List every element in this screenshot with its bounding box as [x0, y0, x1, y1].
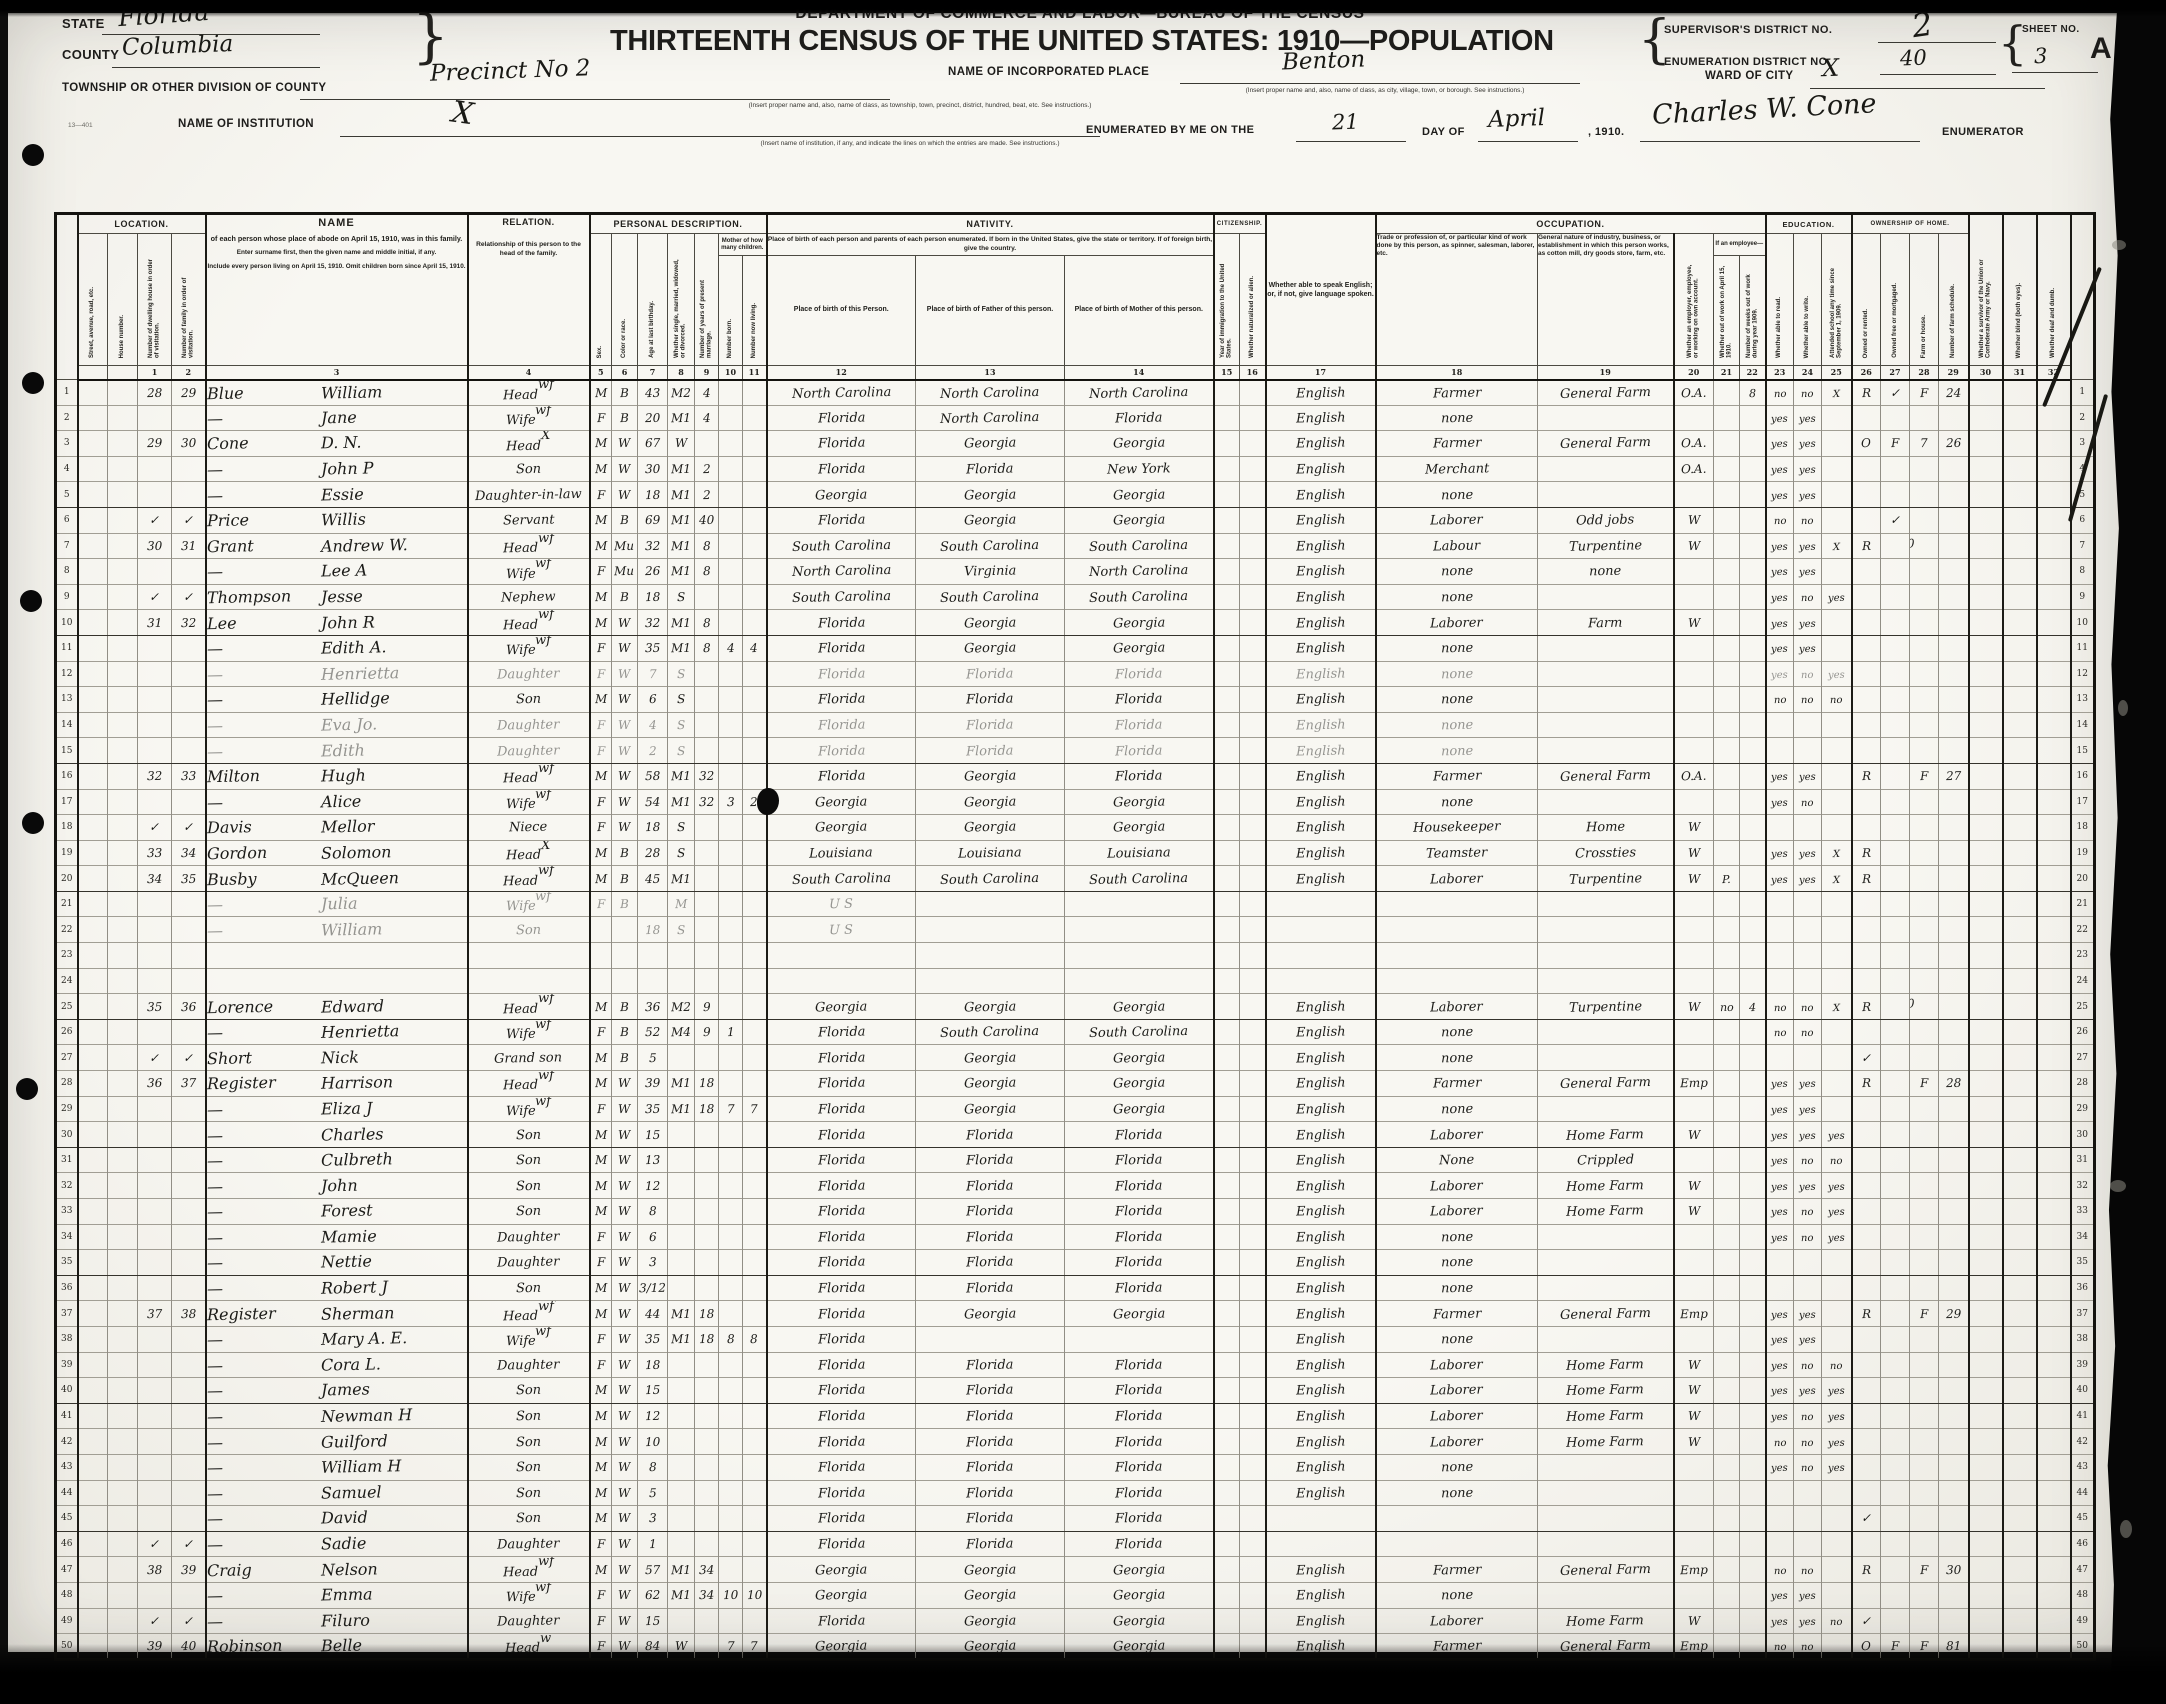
line-number: 40: [56, 1378, 78, 1404]
cell-pm: Florida: [1065, 1224, 1214, 1250]
cell-pm: Florida: [1065, 1122, 1214, 1148]
cell-hm: R: [1852, 866, 1881, 892]
cell-ow: [1714, 1173, 1740, 1199]
cell-age: 54: [638, 789, 668, 815]
cell-age: 20: [638, 405, 668, 431]
cell-loc2: [108, 1454, 138, 1480]
cell-deaf: [2037, 635, 2071, 661]
col-header-nat: Whether naturalized or alien.: [1240, 234, 1266, 366]
cell-fh: F: [1910, 763, 1939, 789]
cell-sex: F: [590, 405, 612, 431]
line-number: 29: [2071, 1096, 2095, 1122]
cell-dw: [138, 1454, 172, 1480]
cell-ym: 32: [695, 789, 719, 815]
cell-mo: [1881, 584, 1910, 610]
line-number: 22: [2071, 917, 2095, 943]
cell-cb: [719, 687, 743, 713]
cell-blind: [2003, 1326, 2037, 1352]
cell-loc2: [108, 482, 138, 508]
cell-cls: W: [1674, 507, 1714, 533]
cell-pm: Georgia: [1065, 1301, 1214, 1327]
cell-imm: [1214, 1199, 1240, 1225]
cell-vet: [1969, 891, 2003, 917]
cell-loc2: [108, 968, 138, 994]
cell-ma: S: [668, 661, 695, 687]
cell-pf: Florida: [916, 1250, 1065, 1276]
cell-rd: [1766, 1531, 1794, 1557]
cell-rd: yes: [1766, 1096, 1794, 1122]
cell-cb: [719, 1378, 743, 1404]
cell-pb: Florida: [767, 1480, 916, 1506]
cell-nat: [1240, 1122, 1266, 1148]
cell-oc: none: [1376, 405, 1538, 431]
cell-pf: Florida: [916, 1531, 1065, 1557]
cell-blind: [2003, 610, 2037, 636]
col-number-pb: 12: [767, 366, 916, 380]
sheet-value: 3: [2034, 44, 2048, 68]
cell-dw: [138, 559, 172, 585]
cell-fh: [1910, 1531, 1939, 1557]
cell-cb: [719, 1403, 743, 1429]
cell-en: English: [1266, 1275, 1376, 1301]
cell-sex: M: [590, 1275, 612, 1301]
cell-sc: [1822, 891, 1852, 917]
cell-sex: F: [590, 1096, 612, 1122]
cell-imm: [1214, 1352, 1240, 1378]
cell-age: 18: [638, 815, 668, 841]
cell-loc2: [108, 891, 138, 917]
cell-rd: yes: [1766, 1071, 1794, 1097]
cell-wr: no: [1794, 1403, 1822, 1429]
cell-deaf: [2037, 559, 2071, 585]
cell-ma: M1: [668, 1301, 695, 1327]
cell-vet: [1969, 815, 2003, 841]
col-header-sc: Attended school any time since September…: [1822, 234, 1852, 366]
cell-fh: [1910, 1173, 1939, 1199]
table-row: 22—WilliamSon18SU S22: [56, 917, 2095, 943]
cell-cl: [743, 1199, 767, 1225]
cell-co: W: [612, 1480, 638, 1506]
cell-cls: [1674, 1250, 1714, 1276]
cell-wk: [1740, 533, 1766, 559]
cell-blind: [2003, 815, 2037, 841]
cell-pm: [1065, 917, 1214, 943]
cell-blind: [2003, 840, 2037, 866]
cell-deaf: [2037, 431, 2071, 457]
cell-sc: [1822, 1506, 1852, 1532]
cell-mo: [1881, 405, 1910, 431]
cell-wr: yes: [1794, 482, 1822, 508]
cell-oc: Laborer: [1376, 1199, 1538, 1225]
cell-name: —Essie: [206, 482, 468, 508]
cell-pm: Georgia: [1065, 1045, 1214, 1071]
cell-en: English: [1266, 738, 1376, 764]
cell-ym: [695, 1224, 719, 1250]
cell-deaf: [2037, 840, 2071, 866]
cell-mo: [1881, 1531, 1910, 1557]
cell-fh: [1910, 405, 1939, 431]
cell-ma: [668, 1199, 695, 1225]
line-number: 32: [2071, 1173, 2095, 1199]
cell-wk: [1740, 1019, 1766, 1045]
cell-deaf: [2037, 1019, 2071, 1045]
cell-name: —Edith: [206, 738, 468, 764]
cell-cb: [719, 1250, 743, 1276]
cell-sc: no: [1822, 1608, 1852, 1634]
cell-wk: [1740, 1096, 1766, 1122]
cell-ind: [1538, 1224, 1674, 1250]
cell-en: English: [1266, 1019, 1376, 1045]
line-number: 10: [2071, 610, 2095, 636]
cell-hm: R: [1852, 994, 1881, 1020]
cell-sex: F: [590, 1608, 612, 1634]
line-number: 42: [2071, 1429, 2095, 1455]
cell-fh: [1910, 1608, 1939, 1634]
col-number-co: 6: [612, 366, 638, 380]
cell-wk: [1740, 1275, 1766, 1301]
cell-wr: yes: [1794, 1122, 1822, 1148]
cell-ow: [1714, 1275, 1740, 1301]
year-label: , 1910.: [1588, 126, 1624, 138]
cell-ym: [695, 1403, 719, 1429]
cell-relation: Headwf: [468, 1557, 590, 1583]
cell-oc: none: [1376, 1096, 1538, 1122]
cell-blind: [2003, 1224, 2037, 1250]
cell-fam: 37: [172, 1071, 206, 1097]
cell-ow: [1714, 507, 1740, 533]
cell-co: W: [612, 1582, 638, 1608]
cell-fam: 39: [172, 1557, 206, 1583]
cell-mo: [1881, 1147, 1910, 1173]
cell-imm: [1214, 559, 1240, 585]
cell-relation: Son: [468, 1147, 590, 1173]
cell-blind: [2003, 866, 2037, 892]
cell-pm: Georgia: [1065, 1557, 1214, 1583]
cell-age: 58: [638, 763, 668, 789]
cell-loc1: [78, 610, 108, 636]
cell-mo: [1881, 1352, 1910, 1378]
cell-pb: Florida: [767, 1608, 916, 1634]
cell-rd: yes: [1766, 559, 1794, 585]
cell-mo: [1881, 1199, 1910, 1225]
cell-loc1: [78, 533, 108, 559]
cell-mo: [1881, 738, 1910, 764]
cell-fs: 24: [1939, 380, 1969, 406]
cell-imm: [1214, 943, 1240, 969]
table-row: 33—ForestSonMW8FloridaFloridaFloridaEngl…: [56, 1199, 2095, 1225]
col-number-ind: 19: [1538, 366, 1674, 380]
cell-dw: [138, 1096, 172, 1122]
cell-ind: Home Farm: [1538, 1403, 1674, 1429]
cell-dw: [138, 1122, 172, 1148]
cell-rd: yes: [1766, 1582, 1794, 1608]
cell-nat: [1240, 687, 1266, 713]
cell-relation: [468, 943, 590, 969]
cell-en: English: [1266, 559, 1376, 585]
line-number: 16: [2071, 763, 2095, 789]
cell-en: English: [1266, 584, 1376, 610]
cell-imm: [1214, 1250, 1240, 1276]
line-number: 4: [56, 456, 78, 482]
cell-imm: [1214, 789, 1240, 815]
cell-ind: General Farm: [1538, 380, 1674, 406]
line-number: 19: [2071, 840, 2095, 866]
cell-wr: yes: [1794, 866, 1822, 892]
cell-cb: [719, 1429, 743, 1455]
cell-deaf: [2037, 994, 2071, 1020]
cell-cb: [719, 1506, 743, 1532]
line-number: 6: [56, 507, 78, 533]
cell-wr: yes: [1794, 763, 1822, 789]
cell-pb: Georgia: [767, 1582, 916, 1608]
scan-noise: [2118, 700, 2128, 716]
cell-sex: M: [590, 1506, 612, 1532]
cell-en: English: [1266, 1352, 1376, 1378]
table-row: 2323: [56, 943, 2095, 969]
col-header-name: NAMEof each person whose place of abode …: [206, 214, 468, 366]
cell-relation: HeadX: [468, 431, 590, 457]
cell-nat: [1240, 763, 1266, 789]
cell-ym: [695, 1429, 719, 1455]
cell-cb: [719, 1147, 743, 1173]
hole-punch: [20, 590, 42, 612]
cell-name: —John: [206, 1173, 468, 1199]
cell-oc: none: [1376, 482, 1538, 508]
table-row: 2—JaneWifewfFB20M14FloridaNorth Carolina…: [56, 405, 2095, 431]
cell-en: English: [1266, 1454, 1376, 1480]
cell-imm: [1214, 1096, 1240, 1122]
cell-en: English: [1266, 789, 1376, 815]
cell-deaf: [2037, 1096, 2071, 1122]
cell-loc2: [108, 1480, 138, 1506]
cell-fs: 27: [1939, 763, 1969, 789]
cell-pm: Florida: [1065, 661, 1214, 687]
cell-age: 28: [638, 840, 668, 866]
col-number-hm: 26: [1852, 366, 1881, 380]
cell-cls: W: [1674, 1199, 1714, 1225]
cell-wk: [1740, 1506, 1766, 1532]
cell-mo: ✓: [1881, 380, 1910, 406]
cell-wr: yes: [1794, 533, 1822, 559]
cell-nat: [1240, 1045, 1266, 1071]
cell-en: English: [1266, 840, 1376, 866]
cell-oc: none: [1376, 1019, 1538, 1045]
cell-age: 67: [638, 431, 668, 457]
col-number-rd: 23: [1766, 366, 1794, 380]
cell-dw: 33: [138, 840, 172, 866]
cell-wr: no: [1794, 584, 1822, 610]
cell-wk: [1740, 943, 1766, 969]
cell-ym: 8: [695, 635, 719, 661]
cell-loc1: [78, 687, 108, 713]
col-number-cl: 11: [743, 366, 767, 380]
cell-ym: [695, 1122, 719, 1148]
cell-cb: 4: [719, 635, 743, 661]
cell-wr: yes: [1794, 1326, 1822, 1352]
cell-loc1: [78, 1378, 108, 1404]
cell-wr: [1794, 1275, 1822, 1301]
cell-dw: 36: [138, 1071, 172, 1097]
cell-cls: O.A.: [1674, 763, 1714, 789]
cell-ma: M1: [668, 533, 695, 559]
cell-fs: [1939, 456, 1969, 482]
cell-ma: M4: [668, 1019, 695, 1045]
cell-oc: none: [1376, 1326, 1538, 1352]
cell-rd: [1766, 943, 1794, 969]
scan-edge-bottom: [0, 1644, 2166, 1704]
cell-ma: M1: [668, 456, 695, 482]
cell-cb: [719, 917, 743, 943]
cell-pb: South Carolina: [767, 584, 916, 610]
cell-pf: Georgia: [916, 1071, 1065, 1097]
cell-nat: [1240, 1582, 1266, 1608]
cell-hm: [1852, 943, 1881, 969]
cell-cb: [719, 482, 743, 508]
cell-loc2: [108, 815, 138, 841]
cell-cls: [1674, 661, 1714, 687]
cell-deaf: [2037, 1582, 2071, 1608]
cell-ym: [695, 1608, 719, 1634]
cell-dw: [138, 1378, 172, 1404]
cell-deaf: [2037, 1480, 2071, 1506]
cell-vet: [1969, 1301, 2003, 1327]
cell-deaf: [2037, 1071, 2071, 1097]
cell-hm: [1852, 1122, 1881, 1148]
line-number: 47: [56, 1557, 78, 1583]
cell-ow: [1714, 380, 1740, 406]
cell-pb: Georgia: [767, 994, 916, 1020]
cell-pm: Georgia: [1065, 994, 1214, 1020]
cell-hm: [1852, 687, 1881, 713]
cell-deaf: [2037, 738, 2071, 764]
cell-age: 6: [638, 1224, 668, 1250]
cell-sex: F: [590, 1352, 612, 1378]
cell-loc1: [78, 405, 108, 431]
cell-loc1: [78, 943, 108, 969]
cell-cls: [1674, 405, 1714, 431]
cell-nat: [1240, 1019, 1266, 1045]
cell-cl: [743, 456, 767, 482]
table-row: 12829BlueWilliamHeadwfMB43M24North Carol…: [56, 380, 2095, 406]
cell-fam: [172, 1224, 206, 1250]
cell-mo: [1881, 917, 1910, 943]
table-row: 38—Mary A. E.WifewfFW35M11888FloridaEngl…: [56, 1326, 2095, 1352]
cell-rd: yes: [1766, 840, 1794, 866]
cell-vet: [1969, 507, 2003, 533]
col-header-dw: Number of dwelling house in order of vis…: [138, 234, 172, 366]
cell-nat: [1240, 866, 1266, 892]
cell-co: W: [612, 1403, 638, 1429]
cell-sc: [1822, 968, 1852, 994]
cell-fh: [1910, 1403, 1939, 1429]
cell-rd: [1766, 1275, 1794, 1301]
cell-ym: [695, 584, 719, 610]
cell-ma: M1: [668, 482, 695, 508]
cell-loc1: [78, 380, 108, 406]
cell-fam: ✓: [172, 1045, 206, 1071]
cell-relation: HeadX: [468, 840, 590, 866]
cell-hm: R: [1852, 1301, 1881, 1327]
cell-sex: F: [590, 482, 612, 508]
cell-fam: 30: [172, 431, 206, 457]
cell-vet: [1969, 763, 2003, 789]
cell-rd: yes: [1766, 1352, 1794, 1378]
cell-cb: [719, 1224, 743, 1250]
cell-en: English: [1266, 1608, 1376, 1634]
cell-cl: [743, 943, 767, 969]
cell-pf: Florida: [916, 661, 1065, 687]
cell-relation: Wifewf: [468, 891, 590, 917]
cell-loc1: [78, 1480, 108, 1506]
cell-fs: [1939, 1378, 1969, 1404]
cell-loc2: [108, 1352, 138, 1378]
cell-pm: New York: [1065, 456, 1214, 482]
cell-en: English: [1266, 431, 1376, 457]
cell-fh: [1910, 584, 1939, 610]
cell-fam: 34: [172, 840, 206, 866]
cell-pb: Florida: [767, 1506, 916, 1532]
line-number: 39: [2071, 1352, 2095, 1378]
cell-en: English: [1266, 507, 1376, 533]
col-number-loc2: [108, 366, 138, 380]
cell-fs: [1939, 712, 1969, 738]
cell-rd: [1766, 815, 1794, 841]
cell-fh: 3-7-0-0: [1910, 866, 1939, 892]
col-number-wk: 22: [1740, 366, 1766, 380]
cell-oc: Laborer: [1376, 507, 1538, 533]
cell-wr: no: [1794, 1454, 1822, 1480]
cell-cl: [743, 763, 767, 789]
cell-name: MiltonHugh: [206, 763, 468, 789]
cell-age: 52: [638, 1019, 668, 1045]
cell-imm: [1214, 687, 1240, 713]
cell-vet: [1969, 789, 2003, 815]
cell-loc2: [108, 1582, 138, 1608]
col-header-wr: Whether able to write.: [1794, 234, 1822, 366]
cell-hm: [1852, 1326, 1881, 1352]
cell-sex: M: [590, 763, 612, 789]
line-number: 32: [56, 1173, 78, 1199]
cell-ind: Crippled: [1538, 1147, 1674, 1173]
cell-age: 12: [638, 1173, 668, 1199]
cell-relation: Son: [468, 1122, 590, 1148]
cell-ma: [668, 1173, 695, 1199]
cell-cb: [719, 507, 743, 533]
cell-vet: [1969, 559, 2003, 585]
cell-blind: [2003, 1352, 2037, 1378]
cell-loc2: [108, 1608, 138, 1634]
cell-age: 15: [638, 1378, 668, 1404]
cell-relation: Son: [468, 1173, 590, 1199]
cell-oc: Laborer: [1376, 1352, 1538, 1378]
cell-name: —Alice: [206, 789, 468, 815]
cell-deaf: [2037, 917, 2071, 943]
table-row: 103132LeeJohn RHeadwfMW32M18FloridaGeorg…: [56, 610, 2095, 636]
cell-fh: [1910, 661, 1939, 687]
cell-relation: Headwf: [468, 380, 590, 406]
table-row: 21—JuliaWifewfFBMU S21: [56, 891, 2095, 917]
cell-rd: yes: [1766, 1454, 1794, 1480]
cell-oc: [1376, 943, 1538, 969]
cell-ind: [1538, 405, 1674, 431]
cell-cls: [1674, 891, 1714, 917]
cell-co: B: [612, 584, 638, 610]
cell-mo: [1881, 1045, 1910, 1071]
cell-ym: 18: [695, 1071, 719, 1097]
cell-hm: R: [1852, 1557, 1881, 1583]
cell-fs: [1939, 1326, 1969, 1352]
cell-ma: M1: [668, 1096, 695, 1122]
